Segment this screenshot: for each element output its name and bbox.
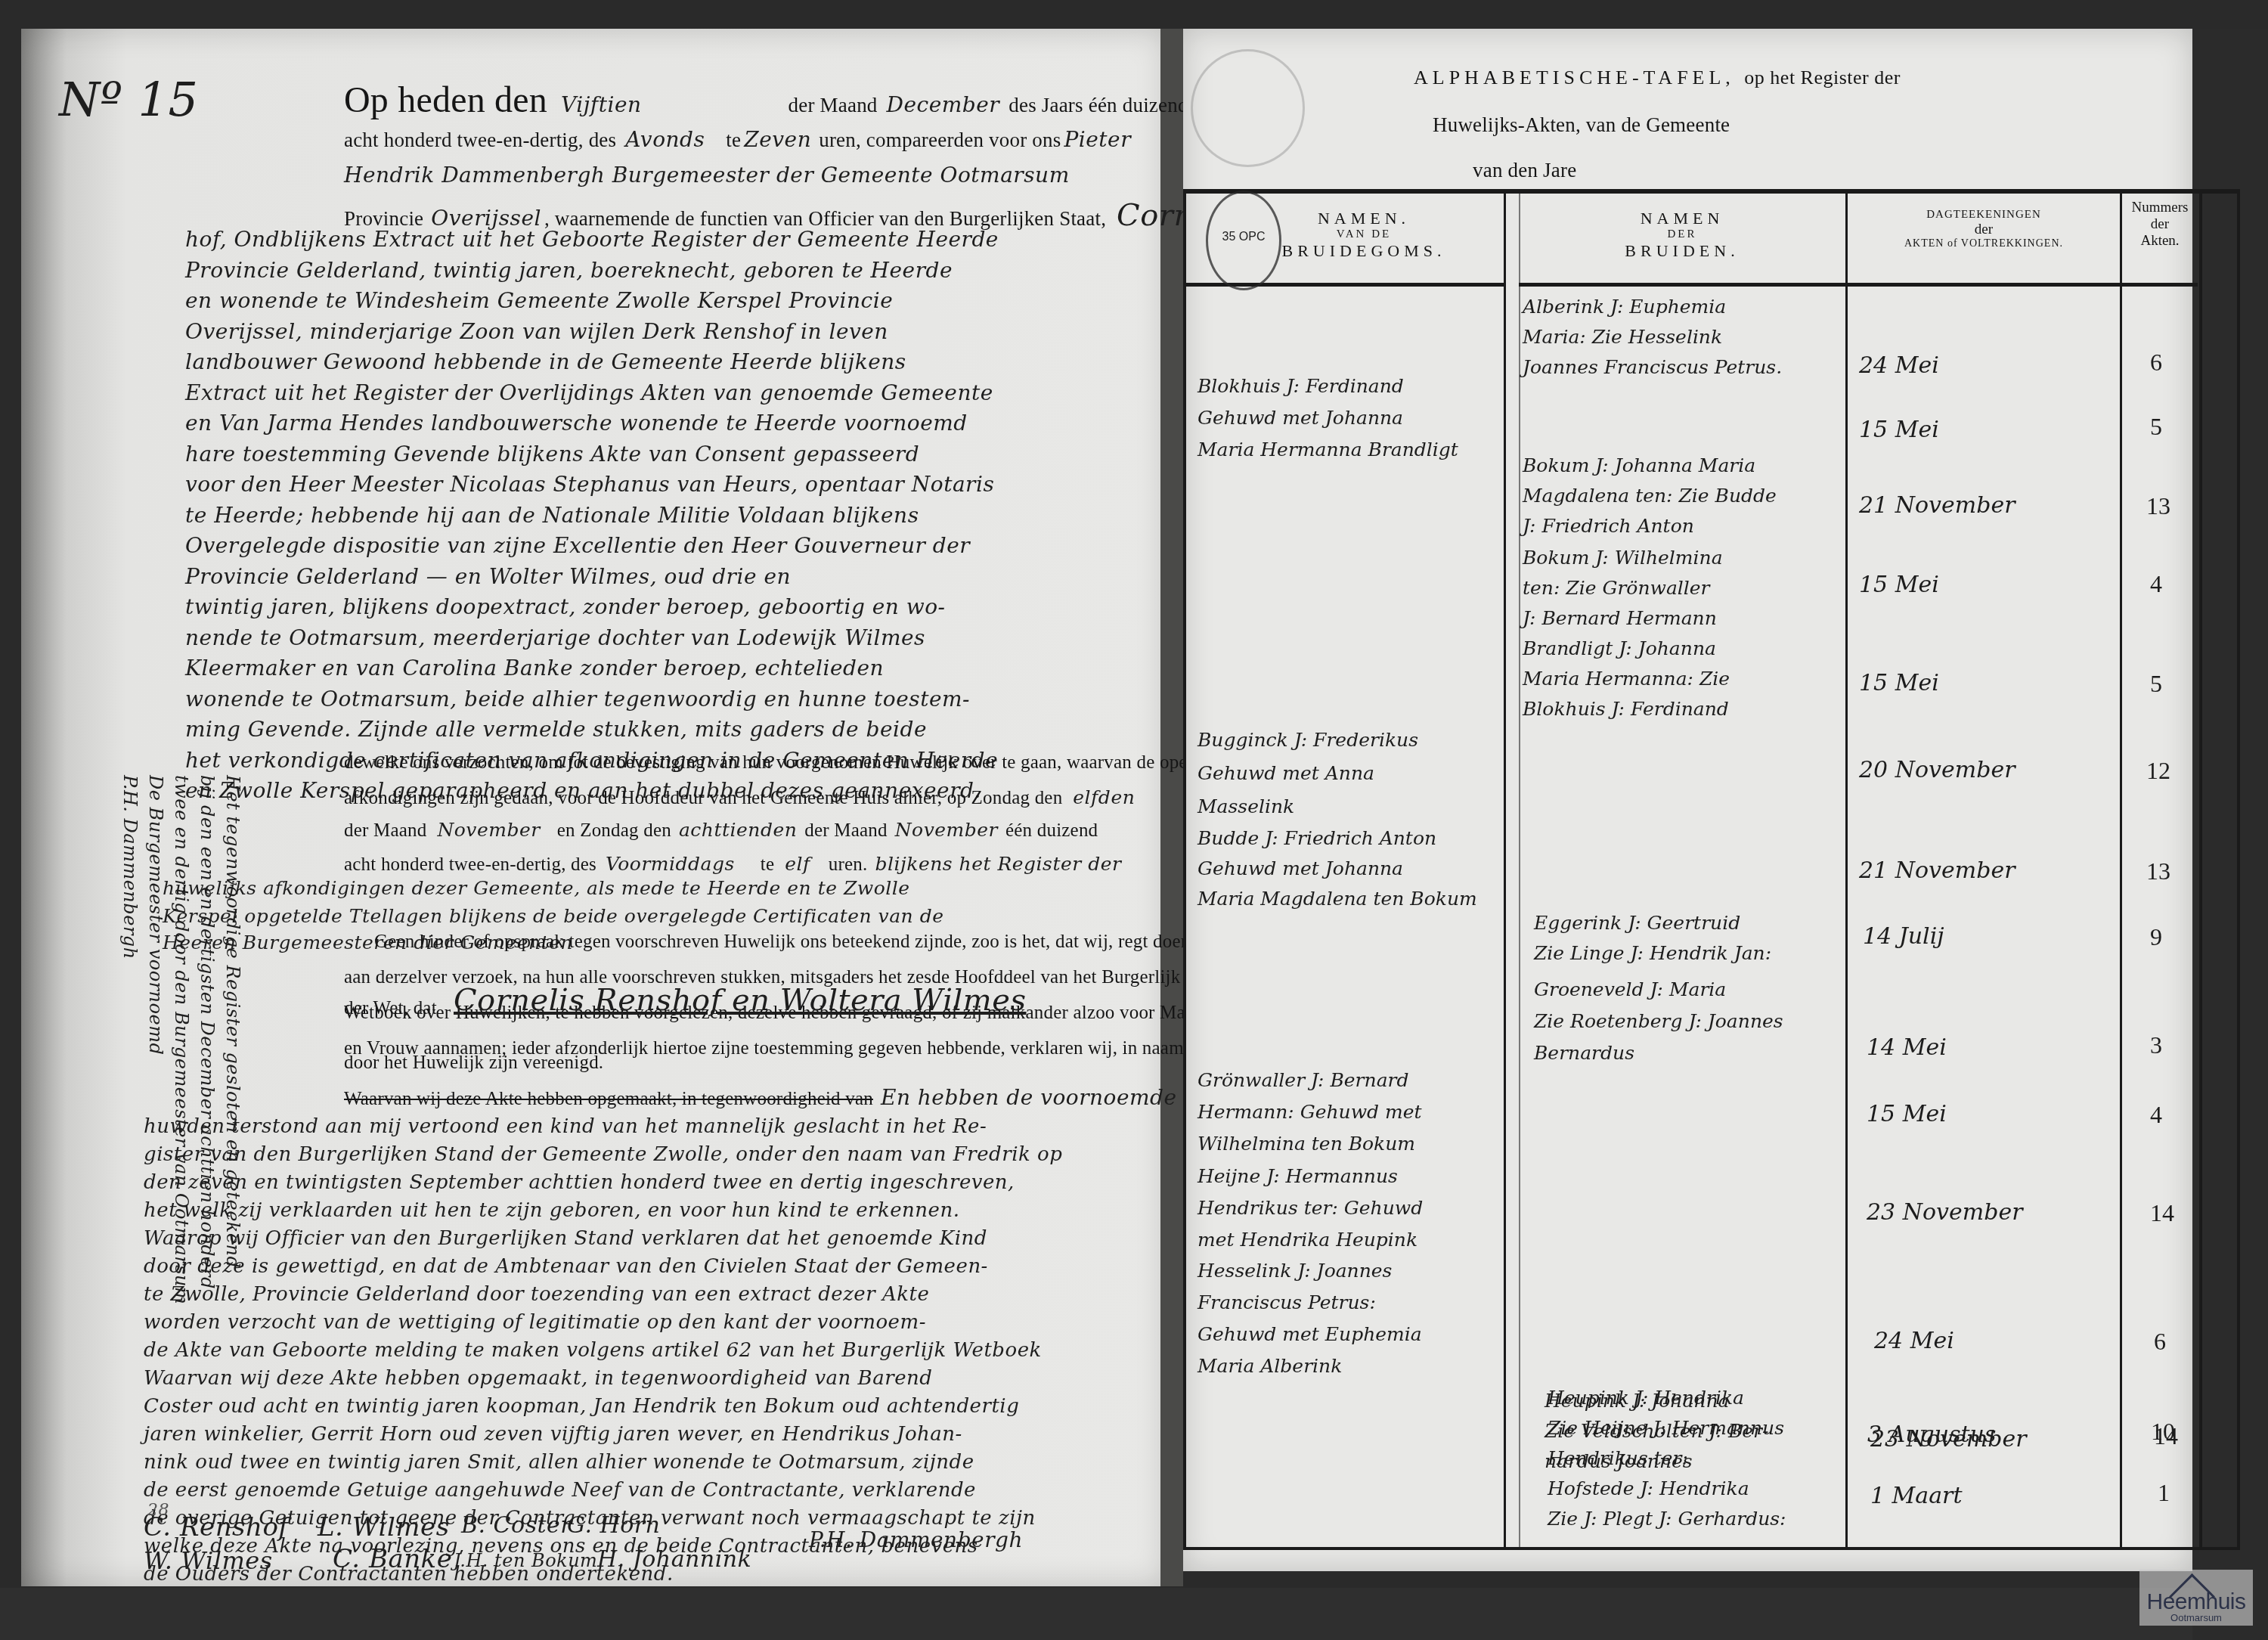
column-header-numbers: Nummers der Akten.	[2122, 200, 2198, 250]
signature: B. Coster	[461, 1512, 572, 1539]
hand-line: Provincie Gelderland — en Wolter Wilmes,…	[185, 564, 1138, 595]
printed-text: Op heden den	[344, 80, 547, 120]
scanner-background-bottom	[0, 1588, 2268, 1640]
header-line: DER	[1519, 228, 1845, 241]
bride-name-line: Heupink J: Johanna	[1545, 1390, 1729, 1412]
printed-publication-line-3: der Maand November en Zondag den achttie…	[344, 819, 1098, 842]
hand-officer-name: Hendrik Dammenbergh Burgemeester der Gem…	[344, 163, 1070, 188]
header-rule	[1848, 283, 2120, 287]
header-line: Akten.	[2122, 233, 2198, 250]
hand-line: twintig jaren, blijkens doopextract, zon…	[185, 594, 1138, 625]
hand-line: Waarvan wij deze Akte hebben opgemaakt, …	[144, 1367, 1142, 1395]
act-number: 1	[2158, 1479, 2170, 1507]
printed-publication-line-1: dewelke ons verzochten, om tot de bevest…	[344, 752, 1230, 773]
hand-line: Provincie Gelderland, twintig jaren, boe…	[185, 258, 1138, 289]
watermark-name: Heemhuis	[2139, 1589, 2253, 1615]
bride-name-line: Blokhuis J: Ferdinand	[1523, 698, 1729, 720]
hand-line: worden verzocht van de wettiging of legi…	[144, 1311, 1142, 1339]
groom-name-line: Hendrikus ter: Gehuwd	[1198, 1197, 1423, 1219]
signature: H. Johannink	[597, 1546, 751, 1573]
hand-line: wonende te Ootmarsum, beide alhier tegen…	[185, 687, 1138, 718]
signature-bride: W. Wilmes	[144, 1546, 273, 1575]
signatures: C. Renshof L. Wilmes B. Coster G. Horn W…	[144, 1512, 1126, 1580]
hand-line: nende te Ootmarsum, meerderjarige dochte…	[185, 625, 1138, 656]
column-divider	[1504, 194, 1506, 1547]
bride-name-line: Zie Roetenberg J: Joannes	[1534, 1010, 1783, 1032]
bride-name-line: Bokum J: Wilhelmina	[1523, 547, 1723, 569]
index-year-line: van den Jare	[1473, 159, 1576, 182]
bride-name-line: Magdalena ten: Zie Budde	[1523, 485, 1777, 507]
hand-line: huwden terstond aan mij vertoond een kin…	[144, 1115, 1142, 1143]
printed-text: afkondigingen zijn gedaan, voor de Hoofd…	[344, 788, 1062, 808]
printed-text: acht honderd twee-en-dertig, des	[344, 129, 616, 151]
united-line: door het Huwelijk zijn vereenigd.	[344, 1053, 603, 1074]
hand-line: hof, Ondblijkens Extract uit het Geboort…	[185, 227, 1138, 258]
handwritten-body: hof, Ondblijkens Extract uit het Geboort…	[185, 227, 1138, 809]
bride-name-line: Bokum J: Johanna Maria	[1523, 454, 1755, 476]
bride-name-line: ten: Zie Grönwaller	[1523, 577, 1710, 599]
act-date: 20 November	[1859, 757, 2015, 783]
hand-line: En hebben de voornoemde Ge-	[881, 1085, 1222, 1110]
bride-name-line: J: Friedrich Anton	[1523, 515, 1694, 537]
bride-name-line: Maria Hermanna: Zie	[1523, 668, 1730, 690]
bride-name-line: Groeneveld J: Maria	[1534, 978, 1726, 1000]
index-title-rest: op het Register der	[1744, 67, 1901, 88]
act-number: 13	[2146, 857, 2170, 885]
hand-line: Kleermaker en van Carolina Banke zonder …	[185, 656, 1138, 687]
groom-name-line: Hesselink J: Joannes	[1198, 1260, 1392, 1282]
hand-second-sunday: achttienden	[679, 819, 797, 841]
page-mark: 28	[147, 1501, 169, 1520]
bride-name-line: Maria: Zie Hesselink	[1523, 326, 1722, 348]
act-date: 1 Maart	[1870, 1483, 1963, 1509]
groom-name-line: Gehuwd met Euphemia	[1198, 1323, 1422, 1345]
margin-line: Het tegenwoordige Register gesloten en g…	[220, 775, 246, 1456]
printed-text: der Maand	[804, 820, 887, 841]
printed-text: des Jaars één duizend	[1009, 94, 1188, 116]
header-line: der	[2122, 216, 2198, 233]
act-number: 4	[2150, 570, 2162, 598]
hand-line: de eerst genoemde Getuige aangehuwde Nee…	[144, 1479, 1142, 1507]
hand-daypart: Avonds	[625, 127, 705, 152]
header-rule	[2122, 283, 2198, 287]
header-line: BRUIDEN.	[1519, 241, 1845, 261]
printed-text: te	[761, 854, 774, 875]
hand-line: door deze is gewettigd, en dat de Ambten…	[144, 1255, 1142, 1283]
index-title: ALPHABETISCHE-TAFEL, op het Register der	[1414, 67, 1901, 89]
hand-line: te Zwolle, Provincie Gelderland door toe…	[144, 1283, 1142, 1311]
hand-line: hare toestemming Gevende blijkens Akte v…	[185, 442, 1138, 473]
groom-name-line: Blokhuis J: Ferdinand	[1198, 375, 1404, 397]
hand-line: Overijssel, minderjarige Zoon van wijlen…	[185, 319, 1138, 350]
embossed-seal-icon	[1191, 49, 1305, 167]
hand-line: en Van Jarma Hendes landbouwersche wonen…	[185, 411, 1138, 442]
act-date: 24 Mei	[1859, 352, 1939, 379]
hand-line: Coster oud acht en twintig jaren koopman…	[144, 1395, 1142, 1423]
margin-closing-note: Het tegenwoordige Register gesloten en g…	[117, 775, 246, 1456]
act-date: 21 November	[1859, 857, 2015, 884]
act-date: 3 Augustus	[1867, 1421, 1996, 1448]
act-number: 9	[2150, 923, 2162, 951]
groom-name-line: Maria Magdalena ten Bokum	[1198, 888, 1477, 910]
column-header-dates: DAGTEEKENINGEN der AKTEN of VOLTREKKINGE…	[1848, 209, 2120, 250]
akte-number: Nº 15	[59, 72, 199, 127]
column-header-brides: NAMEN DER BRUIDEN.	[1519, 209, 1845, 261]
intro-line-1: Op heden den Vijftien der Maand December…	[344, 79, 1188, 121]
hand-line: de Akte van Geboorte melding te maken vo…	[144, 1339, 1142, 1367]
printed-text: acht honderd twee-en-dertig, des	[344, 854, 596, 875]
groom-name-line: met Hendrika Heupink	[1198, 1229, 1417, 1251]
act-number: 5	[2150, 413, 2162, 441]
act-date: 14 Mei	[1867, 1034, 1947, 1061]
printed-text: te	[726, 129, 741, 151]
act-date: 24 Mei	[1874, 1328, 1954, 1354]
signature: L. Wilmes	[318, 1512, 450, 1542]
act-number: 4	[2150, 1101, 2162, 1129]
hand-line: het welk zij verklaarden uit hen te zijn…	[144, 1199, 1142, 1227]
act-number: 5	[2150, 670, 2162, 698]
hand-line: Overgelegde dispositie van zijne Excelle…	[185, 533, 1138, 564]
printed-text: uren.	[829, 854, 868, 875]
bride-name-line: Joannes Franciscus Petrus.	[1523, 356, 1782, 378]
printed-publication-line-2: afkondigingen zijn gedaan, voor de Hoofd…	[344, 786, 1135, 809]
book-gutter	[1160, 29, 1183, 1586]
margin-line: bij den een en dertigsten December achtt…	[194, 775, 220, 1456]
bride-name-line: Bernardus	[1534, 1042, 1634, 1064]
bride-name-line: J: Bernard Hermann	[1523, 607, 1717, 629]
column-divider	[2120, 194, 2122, 1547]
act-date: 15 Mei	[1859, 572, 1939, 598]
hand-line: voor den Heer Meester Nicolaas Stephanus…	[185, 472, 1138, 503]
printed-text: der Maand	[344, 820, 426, 841]
printed-text: der Maand	[789, 94, 878, 116]
act-number: 6	[2154, 1328, 2166, 1356]
bride-name-line: Hofstede J: Hendrika	[1548, 1477, 1749, 1499]
hand-line: te Heerde; hebbende hij aan de Nationale…	[185, 503, 1138, 534]
bride-name-line: Zie J: Plegt J: Gerhardus:	[1548, 1508, 1786, 1530]
der-wet-row: der Wet, dat	[344, 998, 437, 1019]
act-number: 12	[2146, 757, 2170, 785]
act-date: 14 Julij	[1863, 923, 1944, 950]
margin-line: twee en dertig door den Burgemeester van…	[169, 775, 194, 1456]
hand-line: den zeven en twintigsten September achtt…	[144, 1171, 1142, 1199]
act-date: 15 Mei	[1859, 670, 1939, 696]
act-number: 13	[2146, 492, 2170, 520]
margin-line: De Burgemeester voornoemd	[143, 775, 169, 1456]
margin-line: P.H. Dammenbergh	[117, 775, 143, 1456]
groom-name-line: Gehuwd met Johanna	[1198, 857, 1403, 879]
column-divider	[1845, 194, 1848, 1547]
hand-line: landbouwer Gewoond hebbende in de Gemeen…	[185, 349, 1138, 380]
struck-printed-line: Waarvan wij deze Akte hebben opgemaakt, …	[344, 1089, 873, 1109]
printed-text: één duizend	[1005, 820, 1098, 841]
hand-line: blijkens het Register der	[875, 853, 1121, 875]
printed-text: uren, compareerden voor ons	[819, 129, 1061, 151]
act-date: 21 November	[1859, 492, 2015, 519]
act-number: 6	[2150, 349, 2162, 377]
hand-line: Waarop wij Officier van den Burgerlijken…	[144, 1227, 1142, 1255]
hand-line: Extract uit het Register der Overlijding…	[185, 380, 1138, 411]
groom-name-line: Budde J: Friedrich Anton	[1198, 827, 1436, 849]
bride-name-line: Zie Veldscholten J: Ber-	[1545, 1420, 1768, 1442]
header-line: NAMEN	[1519, 209, 1845, 228]
bride-name-line: Alberink J: Euphemia	[1523, 296, 1726, 318]
index-subtitle: Huwelijks-Akten, van de Gemeente	[1433, 113, 1730, 137]
intro-line-2: acht honderd twee-en-dertig, des Avonds …	[344, 127, 1131, 152]
bride-name-line: Zie Linge J: Hendrik Jan:	[1534, 942, 1771, 964]
groom-name-line: Masselink	[1198, 795, 1294, 817]
signature: J.H. ten Bokum	[454, 1550, 597, 1571]
heemhuis-watermark: Heemhuis Ootmarsum	[2139, 1570, 2253, 1626]
hand-second-month: November	[895, 819, 998, 841]
couple-names: Cornelis Renshof en Woltera Wilmes	[454, 983, 1027, 1018]
act-date: 15 Mei	[1867, 1101, 1947, 1127]
header-rule	[1519, 283, 1845, 287]
hand-first-sunday: elfden	[1073, 786, 1135, 808]
printed-publication-line-4: acht honderd twee-en-dertig, des Voormid…	[344, 853, 1121, 876]
header-line: DAGTEEKENINGEN	[1848, 209, 2120, 222]
groom-name-line: Wilhelmina ten Bokum	[1198, 1133, 1415, 1155]
column-divider	[2199, 194, 2202, 1547]
groom-name-line: Gehuwd met Johanna	[1198, 407, 1403, 429]
act-date: 15 Mei	[1859, 417, 1939, 443]
hand-line: gister van den Burgerlijken Stand der Ge…	[144, 1143, 1142, 1171]
printed-text: en Zondag den	[557, 820, 671, 841]
hand-day: Vijftien	[561, 92, 642, 117]
hand-line: nink oud twee en twintig jaren Smit, all…	[144, 1451, 1142, 1479]
printed-text: der Wet, dat	[344, 998, 437, 1018]
marriage-index-table: NAMEN. VAN DE BRUIDEGOMS. NAMEN DER BRUI…	[1183, 189, 2240, 1550]
hand-line: ming Gevende. Zijnde alle vermelde stukk…	[185, 717, 1138, 748]
act-date: 23 November	[1867, 1199, 2022, 1226]
groom-name-line: Heijne J: Hermannus	[1198, 1165, 1398, 1187]
act-number: 3	[2150, 1031, 2162, 1059]
groom-name-line: Grönwaller J: Bernard	[1198, 1069, 1409, 1091]
groom-name-line: Gehuwd met Anna	[1198, 762, 1374, 784]
signature: C. Banke	[333, 1544, 452, 1574]
bride-name-line: Brandligt J: Johanna	[1523, 637, 1716, 659]
printed-line: Geen hinder of opspraak tegen voorschrev…	[374, 932, 1209, 967]
groom-name-line: Franciscus Petrus:	[1198, 1291, 1376, 1313]
watermark-place: Ootmarsum	[2139, 1612, 2253, 1623]
header-line: der	[1848, 222, 2120, 238]
groom-name-line: Hermann: Gehuwd met	[1198, 1101, 1422, 1123]
hand-hour: elf	[785, 853, 810, 875]
hand-month: December	[887, 92, 1000, 117]
hand-line: jaren winkelier, Gerrit Horn oud zeven v…	[144, 1423, 1142, 1451]
header-line: AKTEN of VOLTREKKINGEN.	[1848, 238, 2120, 250]
header-line: Nummers	[2122, 200, 2198, 216]
printed-declaration: Geen hinder of opspraak tegen voorschrev…	[374, 932, 1209, 967]
bride-name-line: Eggerink J: Geertruid	[1534, 912, 1740, 934]
registry-stamp-icon: 35 OPC	[1206, 191, 1281, 290]
struck-row: Waarvan wij deze Akte hebben opgemaakt, …	[344, 1085, 1222, 1110]
groom-name-line: Maria Hermanna Brandligt	[1198, 439, 1458, 460]
act-number: 10	[2151, 1418, 2175, 1446]
signature-officer: P.H. Dammenbergh	[809, 1527, 1023, 1552]
hand-first-month: November	[437, 819, 540, 841]
signature: G. Horn	[567, 1512, 660, 1539]
act-number: 14	[2150, 1199, 2174, 1227]
index-title-spaced: ALPHABETISCHE-TAFEL,	[1414, 67, 1735, 88]
hand-line: Kerspel opgetelde Ttellagen blijkens de …	[163, 905, 943, 927]
stamp-text: 35 OPC	[1222, 231, 1266, 243]
groom-name-line: Bugginck J: Frederikus	[1198, 729, 1418, 751]
hand-officer-first: Pieter	[1064, 127, 1131, 152]
groom-name-line: Maria Alberink	[1198, 1355, 1342, 1377]
hand-hour: Zeven	[744, 127, 811, 152]
hand-daypart: Voormiddags	[606, 853, 735, 875]
bride-name-line: nardus Joannes	[1545, 1450, 1693, 1472]
hand-line: en wonende te Windesheim Gemeente Zwolle…	[185, 288, 1138, 319]
column-divider-faint	[1519, 194, 1520, 1547]
hand-line: huwelijks afkondigingen dezer Gemeente, …	[163, 877, 910, 899]
